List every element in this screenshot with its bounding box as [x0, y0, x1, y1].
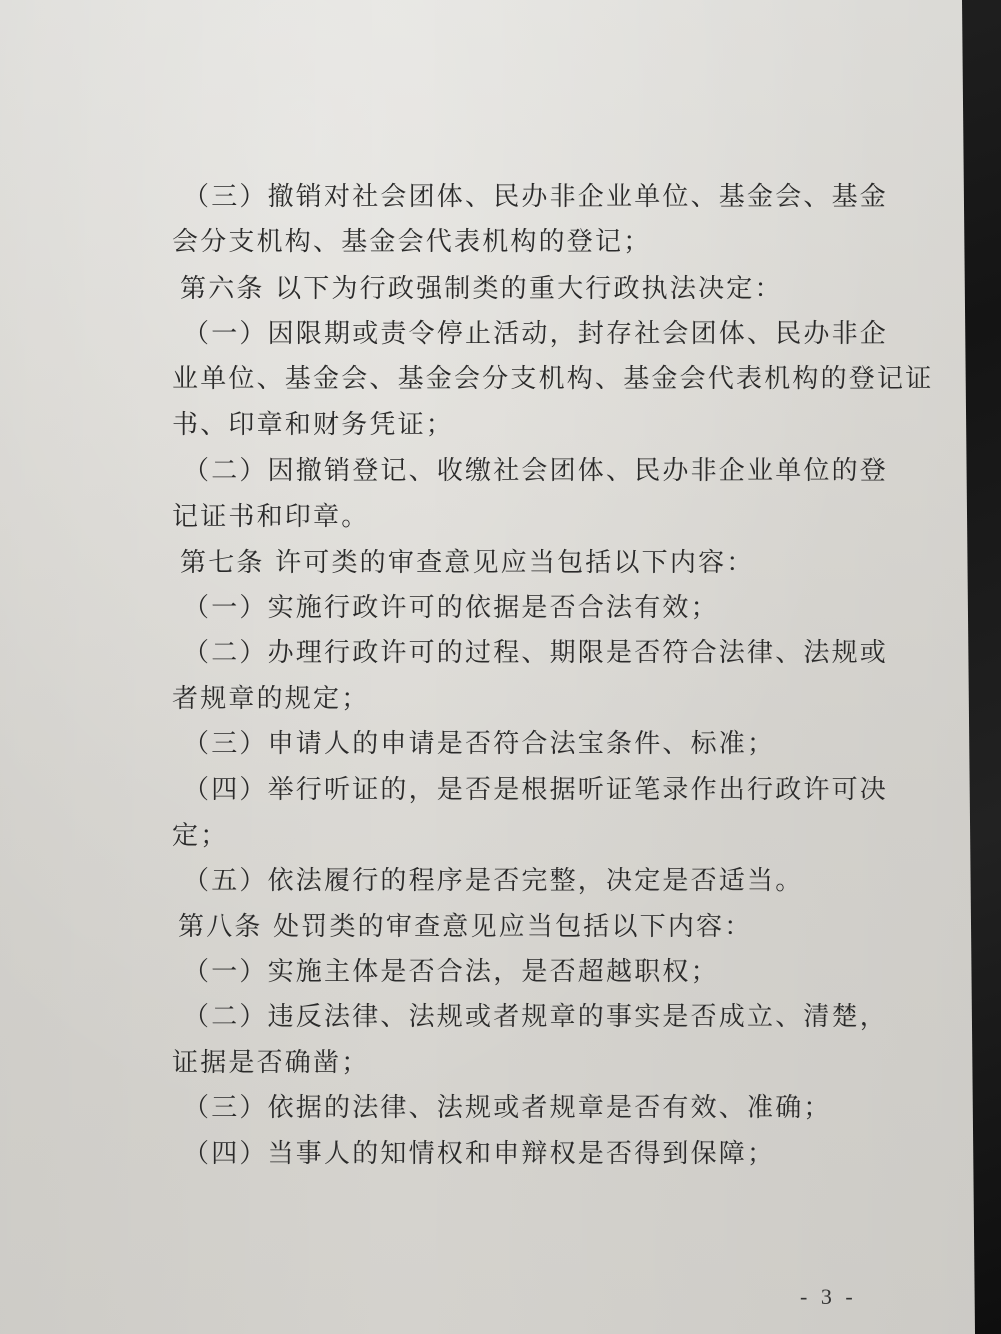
- text-line: （五）依法履行的程序是否完整，决定是否适当。: [183, 860, 803, 897]
- text-line: （三）依据的法律、法规或者规章是否有效、准确；: [183, 1087, 832, 1124]
- page-number: - 3 -: [800, 1284, 857, 1310]
- text-line: 会分支机构、基金会代表机构的登记；: [172, 221, 651, 258]
- text-line: （二）因撤销登记、收缴社会团体、民办非企业单位的登: [183, 450, 888, 487]
- text-line: （一）实施主体是否合法，是否超越职权；: [183, 951, 719, 988]
- text-line: 证据是否确凿；: [172, 1042, 369, 1079]
- document-body: （三）撤销对社会团体、民办非企业单位、基金会、基金会分支机构、基金会代表机构的登…: [0, 0, 1001, 1334]
- text-line: （三）申请人的申请是否符合法宝条件、标准；: [183, 723, 775, 760]
- text-line: 第七条 许可类的审查意见应当包括以下内容：: [180, 542, 754, 579]
- text-line: （二）办理行政许可的过程、期限是否符合法律、法规或: [183, 632, 888, 669]
- text-line: （三）撤销对社会团体、民办非企业单位、基金会、基金: [183, 176, 888, 213]
- text-line: 书、印章和财务凭证；: [172, 404, 454, 441]
- text-line: （四）举行听证的，是否是根据听证笔录作出行政许可决: [183, 769, 888, 806]
- text-line: （四）当事人的知情权和申辩权是否得到保障；: [183, 1133, 775, 1170]
- text-line: （一）实施行政许可的依据是否合法有效；: [183, 587, 719, 624]
- text-line: 业单位、基金会、基金会分支机构、基金会代表机构的登记证: [172, 358, 933, 395]
- text-line: 定；: [172, 815, 228, 852]
- text-line: 记证书和印章。: [172, 496, 369, 533]
- text-line: 第六条 以下为行政强制类的重大行政执法决定：: [180, 268, 783, 305]
- text-line: 第八条 处罚类的审查意见应当包括以下内容：: [178, 906, 752, 943]
- text-line: 者规章的规定；: [172, 678, 369, 715]
- text-line: （二）违反法律、法规或者规章的事实是否成立、清楚，: [183, 996, 888, 1033]
- text-line: （一）因限期或责令停止活动，封存社会团体、民办非企: [183, 313, 888, 350]
